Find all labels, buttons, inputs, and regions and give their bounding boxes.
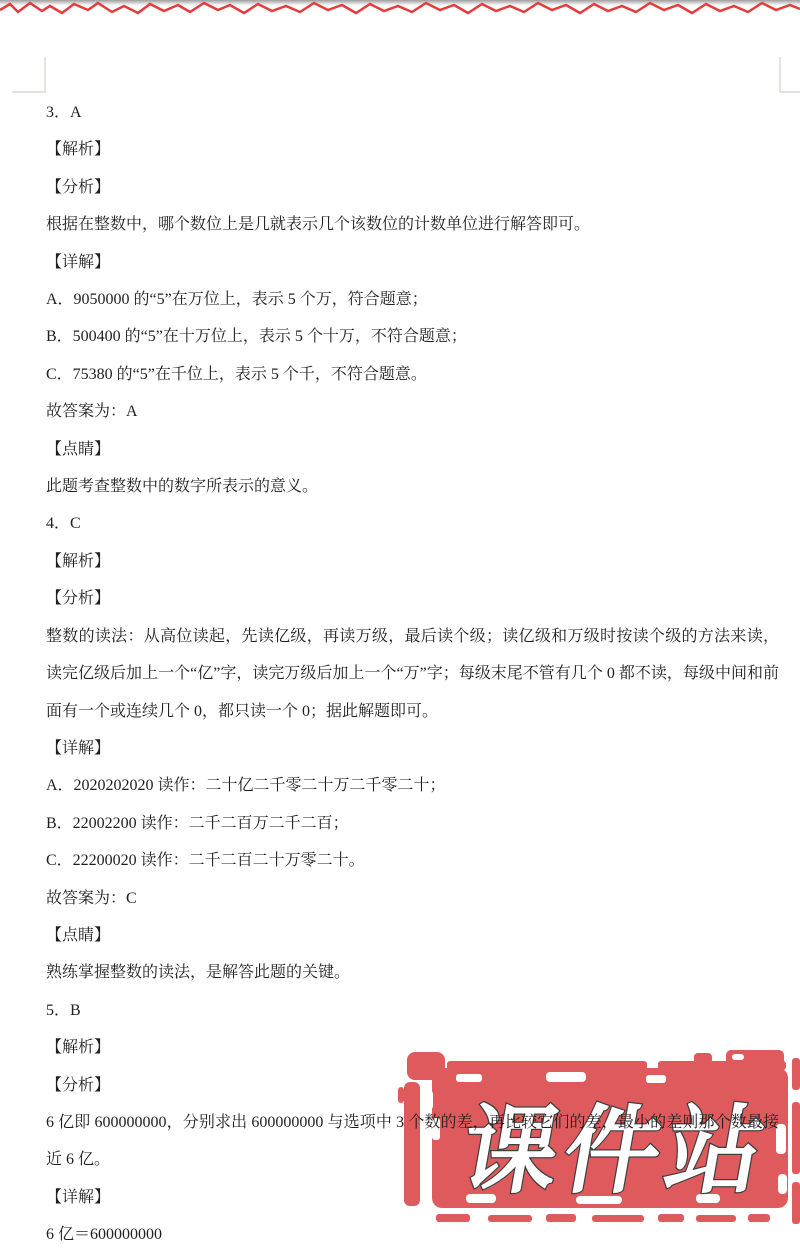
doc-paragraph-18: B．22002200 读作：二千二百万二千二百；	[46, 805, 779, 842]
doc-paragraph-25: 【分析】	[46, 1067, 779, 1104]
doc-paragraph-21: 【点睛】	[46, 917, 779, 954]
doc-paragraph-1: 3．A	[46, 94, 779, 131]
doc-paragraph-9: 故答案为：A	[46, 393, 779, 430]
doc-paragraph-6: A．9050000 的“5”在万位上，表示 5 个万，符合题意；	[46, 281, 779, 318]
doc-paragraph-13: 【解析】	[46, 543, 779, 580]
doc-paragraph-7: B．500400 的“5”在十万位上，表示 5 个十万，不符合题意；	[46, 318, 779, 355]
doc-paragraph-24: 【解析】	[46, 1029, 779, 1066]
doc-paragraph-2: 【解析】	[46, 131, 779, 168]
doc-paragraph-8: C．75380 的“5”在千位上，表示 5 个千，不符合题意。	[46, 356, 779, 393]
viewport-top-shadow	[0, 0, 800, 6]
doc-paragraph-12: 4．C	[46, 505, 779, 542]
answer-explanation-body: 3．A【解析】【分析】根据在整数中，哪个数位上是几就表示几个该数位的计数单位进行…	[46, 94, 779, 1250]
document-page: { "page": { "background": "#ffffff", "to…	[0, 0, 800, 1250]
doc-paragraph-11: 此题考查整数中的数字所表示的意义。	[46, 468, 779, 505]
doc-paragraph-16: 【详解】	[46, 730, 779, 767]
doc-paragraph-28: 6 亿＝600000000	[46, 1216, 779, 1250]
margin-corner-mark-left	[12, 57, 46, 93]
doc-paragraph-23: 5．B	[46, 992, 779, 1029]
margin-corner-mark-right	[779, 57, 800, 93]
doc-paragraph-4: 根据在整数中，哪个数位上是几就表示几个该数位的计数单位进行解答即可。	[46, 206, 779, 243]
doc-paragraph-27: 【详解】	[46, 1179, 779, 1216]
doc-paragraph-3: 【分析】	[46, 169, 779, 206]
doc-paragraph-15: 整数的读法：从高位读起，先读亿级，再读万级，最后读个级；读亿级和万级时按读个级的…	[46, 618, 779, 730]
doc-paragraph-22: 熟练掌握整数的读法，是解答此题的关键。	[46, 954, 779, 991]
doc-paragraph-5: 【详解】	[46, 244, 779, 281]
doc-paragraph-14: 【分析】	[46, 580, 779, 617]
doc-paragraph-20: 故答案为：C	[46, 880, 779, 917]
doc-paragraph-10: 【点睛】	[46, 431, 779, 468]
doc-paragraph-19: C．22200020 读作：二千二百二十万零二十。	[46, 842, 779, 879]
doc-paragraph-17: A．2020202020 读作：二十亿二千零二十万二千零二十；	[46, 767, 779, 804]
doc-paragraph-26: 6 亿即 600000000，分别求出 600000000 与选项中 3 个数的…	[46, 1104, 779, 1179]
